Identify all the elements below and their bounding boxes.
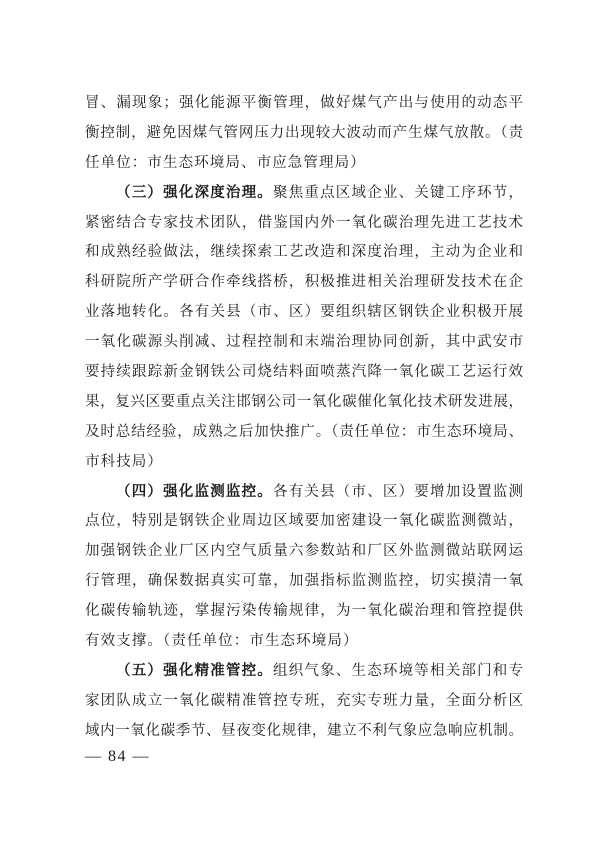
text-segment: 一氧化碳源头削减、过程控制和末端治理协同创新，其中武安市 — [85, 334, 523, 350]
text-segment: 业落地转化。各有关县（市、区）要组织辖区钢铁企业积极开展 — [85, 304, 523, 320]
text-segment: 组织气象、生态环境等相关部门和专 — [273, 663, 523, 679]
text-line: 点位，特别是钢铁企业周边区域要加密建设一氧化碳监测微站， — [85, 507, 523, 537]
section-heading: （五）强化精准管控。 — [116, 663, 273, 679]
section-heading: （三）强化深度治理。 — [116, 185, 273, 201]
text-line: （四）强化监测监控。各有关县（市、区）要增加设置监测 — [85, 478, 523, 508]
text-line: （三）强化深度治理。聚焦重点区域企业、关键工序环节， — [85, 179, 523, 209]
text-segment: 化碳传输轨迹，掌握污染传输规律，为一氧化碳治理和管控提供 — [85, 603, 523, 619]
paragraph: （三）强化深度治理。聚焦重点区域企业、关键工序环节，紧密结合专家技术团队，借鉴国… — [85, 179, 523, 478]
text-line: 行管理，确保数据真实可靠，加强指标监测监控，切实摸清一氧 — [85, 567, 523, 597]
responsibility-note: （责任单位：市生态环境局） — [163, 633, 359, 649]
text-line: 市科技局） — [85, 448, 523, 478]
text-line: 和成熟经验做法，继续探索工艺改造和深度治理，主动为企业和 — [85, 238, 523, 268]
text-line: 加强钢铁企业厂区内空气质量六参数站和厂区外监测微站联网运 — [85, 537, 523, 567]
text-segment: 和成熟经验做法，继续探索工艺改造和深度治理，主动为企业和 — [85, 244, 523, 260]
text-line: 要持续跟踪新金钢铁公司烧结料面喷蒸汽降一氧化碳工艺运行效 — [85, 358, 523, 388]
text-segment: 加强钢铁企业厂区内空气质量六参数站和厂区外监测微站联网运 — [85, 543, 523, 559]
section-heading: （四）强化监测监控。 — [116, 484, 273, 500]
text-line: 域内一氧化碳季节、昼夜变化规律，建立不利气象应急响应机制。 — [85, 717, 523, 747]
document-page: 冒、漏现象；强化能源平衡管理，做好煤气产出与使用的动态平衡控制，避免因煤气管网压… — [0, 0, 600, 848]
document-body: 冒、漏现象；强化能源平衡管理，做好煤气产出与使用的动态平衡控制，避免因煤气管网压… — [85, 89, 523, 747]
text-segment: 行管理，确保数据真实可靠，加强指标监测监控，切实摸清一氧 — [85, 573, 523, 589]
paragraph: （四）强化监测监控。各有关县（市、区）要增加设置监测点位，特别是钢铁企业周边区域… — [85, 478, 523, 657]
text-segment: 要持续跟踪新金钢铁公司烧结料面喷蒸汽降一氧化碳工艺运行效 — [85, 364, 523, 380]
text-line: 果，复兴区要重点关注邯钢公司一氧化碳催化氧化技术研发进展， — [85, 388, 523, 418]
text-segment: 衡控制，避免因煤气管网压力出现较大波动而产生煤气放散。 — [85, 125, 500, 141]
responsibility-note: （责 — [500, 125, 523, 141]
text-line: 家团队成立一氧化碳精准管控专班，充实专班力量，全面分析区 — [85, 687, 523, 717]
paragraph: （五）强化精准管控。组织气象、生态环境等相关部门和专家团队成立一氧化碳精准管控专… — [85, 657, 523, 747]
text-line: 冒、漏现象；强化能源平衡管理，做好煤气产出与使用的动态平 — [85, 89, 523, 119]
responsibility-note: （责任单位：市生态环境局、 — [331, 424, 523, 440]
text-segment: 家团队成立一氧化碳精准管控专班，充实专班力量，全面分析区 — [85, 693, 523, 709]
text-line: 任单位：市生态环境局、市应急管理局） — [85, 149, 523, 179]
text-line: 有效支撑。（责任单位：市生态环境局） — [85, 627, 523, 657]
text-segment: 域内一氧化碳季节、昼夜变化规律，建立不利气象应急响应机制。 — [85, 723, 523, 739]
text-line: 紧密结合专家技术团队，借鉴国内外一氧化碳治理先进工艺技术 — [85, 209, 523, 239]
text-segment: 有效支撑。 — [85, 633, 163, 649]
text-line: 衡控制，避免因煤气管网压力出现较大波动而产生煤气放散。（责 — [85, 119, 523, 149]
text-segment: 果，复兴区要重点关注邯钢公司一氧化碳催化氧化技术研发进展， — [85, 394, 523, 410]
responsibility-note: 市科技局） — [85, 454, 163, 470]
text-line: 化碳传输轨迹，掌握污染传输规律，为一氧化碳治理和管控提供 — [85, 597, 523, 627]
text-line: 业落地转化。各有关县（市、区）要组织辖区钢铁企业积极开展 — [85, 298, 523, 328]
page-number: — 84 — — [85, 745, 150, 769]
text-segment: 冒、漏现象；强化能源平衡管理，做好煤气产出与使用的动态平 — [85, 95, 523, 111]
responsibility-note: 任单位：市生态环境局、市应急管理局） — [85, 155, 366, 171]
paragraph: 冒、漏现象；强化能源平衡管理，做好煤气产出与使用的动态平衡控制，避免因煤气管网压… — [85, 89, 523, 179]
text-line: （五）强化精准管控。组织气象、生态环境等相关部门和专 — [85, 657, 523, 687]
text-segment: 紧密结合专家技术团队，借鉴国内外一氧化碳治理先进工艺技术 — [85, 215, 523, 231]
text-line: 科研院所产学研合作牵线搭桥，积极推进相关治理研发技术在企 — [85, 268, 523, 298]
text-segment: 各有关县（市、区）要增加设置监测 — [273, 484, 523, 500]
text-segment: 聚焦重点区域企业、关键工序环节， — [273, 185, 523, 201]
text-segment: 科研院所产学研合作牵线搭桥，积极推进相关治理研发技术在企 — [85, 274, 523, 290]
text-line: 一氧化碳源头削减、过程控制和末端治理协同创新，其中武安市 — [85, 328, 523, 358]
text-line: 及时总结经验，成熟之后加快推广。（责任单位：市生态环境局、 — [85, 418, 523, 448]
text-segment: 点位，特别是钢铁企业周边区域要加密建设一氧化碳监测微站， — [85, 513, 523, 529]
text-segment: 及时总结经验，成熟之后加快推广。 — [85, 424, 331, 440]
